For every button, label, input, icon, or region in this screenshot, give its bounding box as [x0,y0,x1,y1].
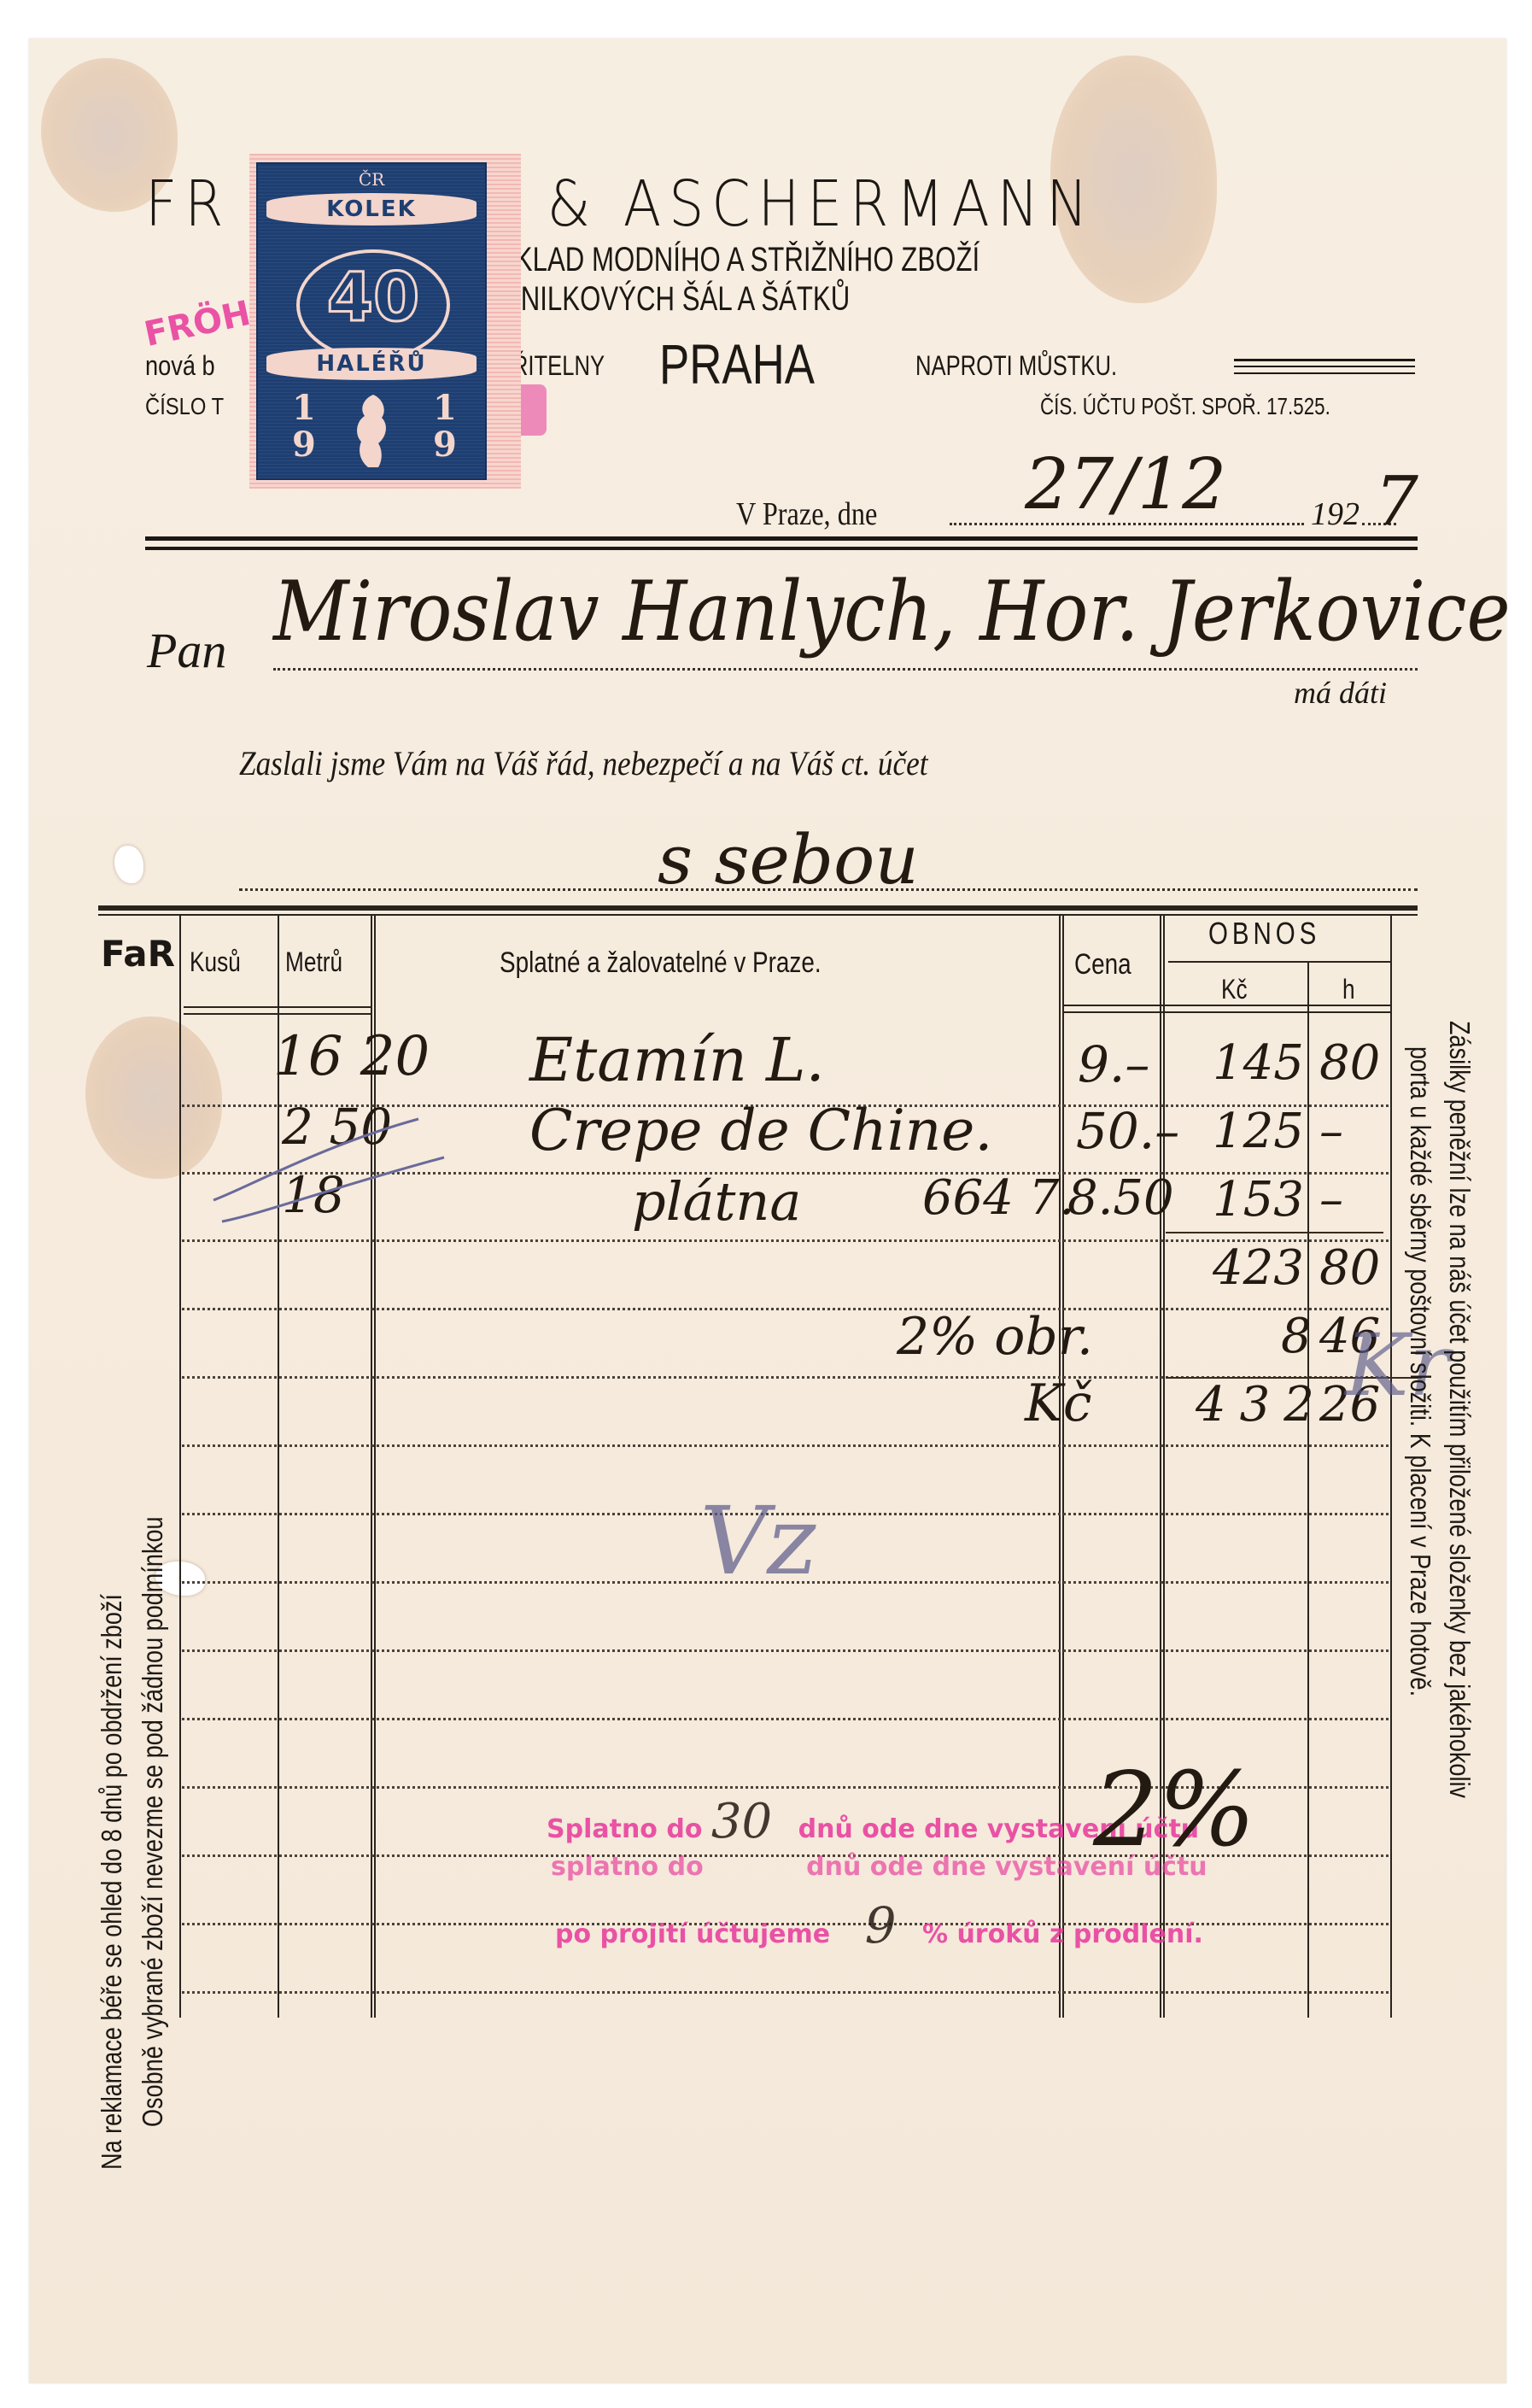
row-2-h: – [1319,1104,1343,1159]
row-3-note: 664 7. [922,1170,1074,1226]
header-crowns: Kč [1221,974,1248,1005]
stamp-unit-label: HALÉŘŮ [266,348,477,380]
header-price: Cena [1074,948,1131,981]
header-amount: OBNOS [1208,916,1320,952]
city-name: PRAHA [659,331,815,396]
row-3-kc: 153 [1213,1172,1304,1227]
phone-label: ČÍSLO T [145,393,224,420]
handwritten-rate: 9 [865,1896,897,1954]
stamp-kolek-label: KOLEK [266,193,477,226]
row-1-h: 80 [1319,1035,1380,1091]
row-6-kc: 432 [1196,1377,1328,1432]
row-3-h: – [1319,1172,1343,1227]
header-hellers: h [1342,974,1355,1005]
header-rule [145,547,1418,550]
left-margin-note-1: Na reklamace béře se ohled do 8 dnů po o… [96,1594,128,2170]
col-border-right [1390,916,1392,2018]
header-bottom-rule [184,1013,371,1015]
business-line-2: ŽINILKOVÝCH ŠÁL A ŠÁTKŮ [497,280,850,319]
row-1-price: 9.– [1078,1035,1149,1093]
row-line [182,1239,1389,1242]
revenue-stamp: ČR KOLEK 40 HALÉŘŮ 1 9 1 9 [256,162,487,480]
stamp-year-digit: 1 [292,388,316,428]
subtotal-underline [1166,1232,1383,1233]
header-rule [145,536,1418,541]
row-4-h: 80 [1319,1240,1380,1296]
row-line [182,1649,1389,1652]
right-margin-note-2: porta u každé sběrny poštovní složiti. K… [1404,1046,1436,1696]
owes-label: má dáti [1294,675,1387,711]
row-3-price: 8.50 [1067,1170,1174,1226]
handwritten-discount-note: 2% [1093,1751,1255,1870]
address-fragment: nová b [145,350,215,382]
recipient-dotted-line [273,668,1418,671]
row-2-kc: 125 [1213,1104,1304,1159]
col-border-kc-h [1307,961,1309,2018]
stamp-year-digit: 1 [433,388,457,428]
left-margin-note-2: Osobně vybrané zboží nevezme se pod žádn… [137,1516,169,2127]
col-border-left [179,916,181,2018]
handwritten-recipient-name: Miroslav Hanlych, Hor. Jerkovice [273,564,1511,659]
row-line [182,1718,1389,1720]
row-line [182,1308,1389,1310]
row-2-description: Crepe de Chine. [529,1098,992,1163]
header-bottom-rule [1063,1005,1390,1006]
recipient-label: Pan [147,622,226,679]
row-1-kc: 145 [1213,1035,1304,1091]
handwritten-year-digit: 7 [1375,461,1418,541]
right-margin-note-1: Zásilky peněžní lze na náš účet použitím… [1443,1021,1476,1798]
decorative-rule [1234,372,1415,374]
pencil-mark-center: Vz [691,1486,827,1596]
row-6-description: Kč [1025,1374,1091,1433]
invoice-mark: FaR [101,933,175,975]
row-5-description: 2% obr. [897,1307,1093,1367]
table-top-rule [98,905,1418,911]
row-1-description: Etamín L. [529,1025,825,1095]
stamp-year-digit: 9 [292,425,316,465]
row-line [182,1444,1389,1447]
pencil-check-marks [196,1059,470,1230]
stamp-value: 40 [296,260,450,337]
header-meters: Metrů [285,946,342,978]
header-bottom-rule [1063,1011,1390,1013]
business-line-1: SKLAD MODNÍHO A STŘIŽNÍHO ZBOŽÍ [497,241,979,279]
lion-icon [339,390,407,472]
header-pieces: Kusů [190,946,241,978]
row-2-price: 50.– [1076,1102,1179,1160]
handwritten-days: 30 [711,1794,772,1849]
date-label: V Praze, dne [736,495,877,533]
shipping-terms: Zaslali jsme Vám na Váš řád, nebezpečí a… [239,743,928,783]
header-description: Splatné a žalovatelné v Praze. [500,946,822,980]
amount-subheader-rule [1168,961,1390,963]
row-3-description: plátna [632,1170,801,1233]
row-line [182,1991,1389,1994]
stamp-year-digit: 9 [433,425,457,465]
row-4-kc: 423 [1213,1240,1304,1296]
row-5-kc: 8 [1281,1309,1312,1364]
stamp-cr-label: ČR [258,169,485,190]
decorative-rule [1234,366,1415,367]
shipping-dotted-line [239,888,1418,891]
header-bottom-rule [184,1006,371,1008]
decorative-rule [1234,359,1415,361]
address-location: NAPROTI MŮSTKU. [915,350,1117,382]
year-prefix: 192 [1311,495,1360,533]
postal-account: ČÍS. ÚČTU POŠT. SPOŘ. 17.525. [1040,393,1330,420]
payment-stamp-line3: po projití účtujeme 9 % úroků z prodlení… [555,1896,1203,1954]
handwritten-date: 27/12 [1025,444,1226,525]
